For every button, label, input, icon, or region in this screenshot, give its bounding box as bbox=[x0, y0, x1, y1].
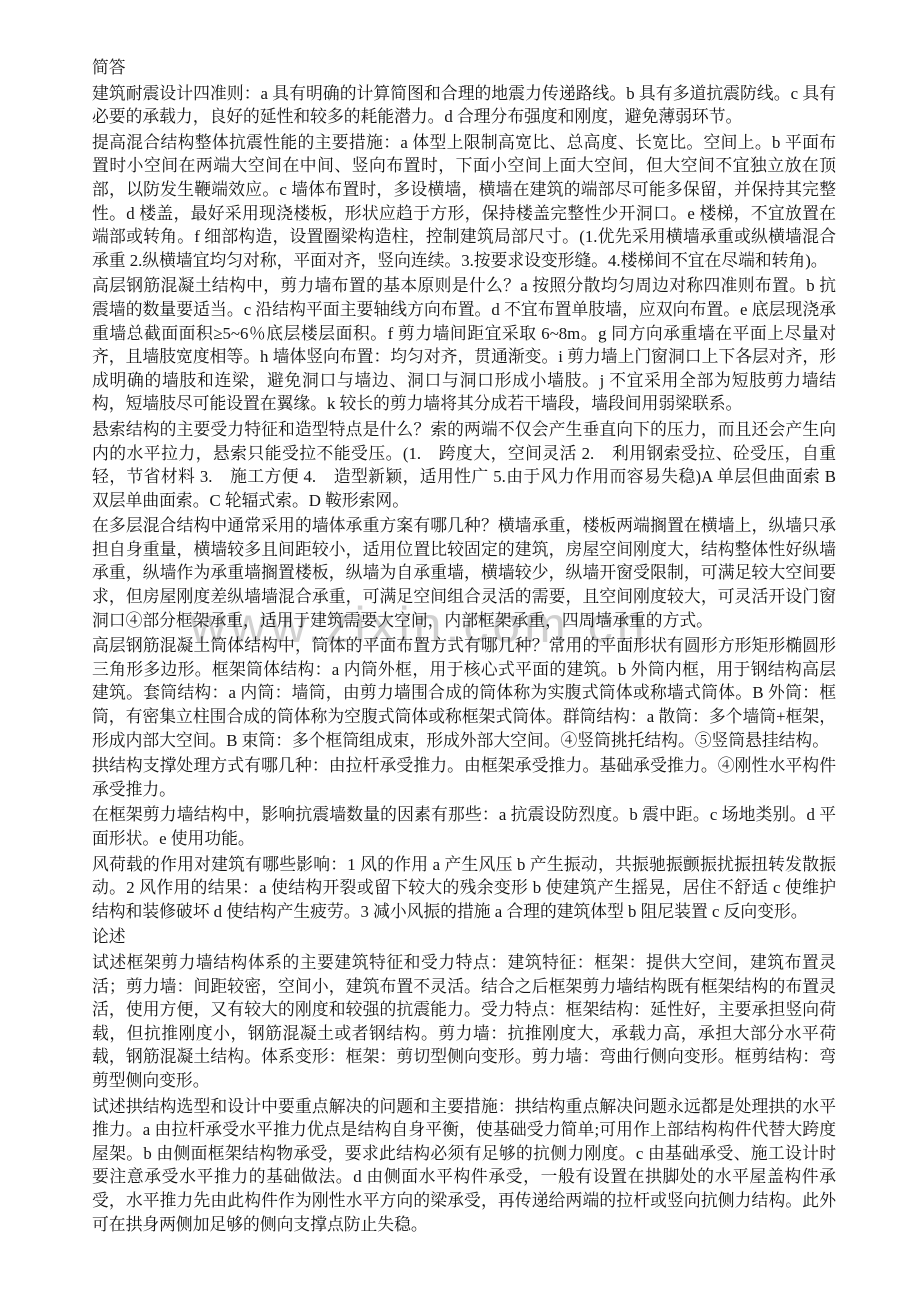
para-arch-support-methods: 拱结构支撑处理方式有哪几种：由拉杆承受推力。由框架承受推力。基础承受推力。④刚性… bbox=[92, 754, 836, 801]
document-body: 简答 建筑耐震设计四准则：a 具有明确的计算简图和合理的地震力传递路线。b 具有… bbox=[92, 56, 836, 1238]
para-shear-wall-quantity-factors: 在框架剪力墙结构中，影响抗震墙数量的因素有那些：a 抗震设防烈度。b 震中距。c… bbox=[92, 803, 836, 850]
document-page: www.zixin.com.cn 简答 建筑耐震设计四准则：a 具有明确的计算简… bbox=[0, 0, 920, 1302]
para-arch-structure-design-issues: 试述拱结构选型和设计中要重点解决的问题和主要措施：拱结构重点解决问题永远都是处理… bbox=[92, 1095, 836, 1237]
section-heading-short-answer: 简答 bbox=[92, 56, 836, 80]
para-frame-shear-wall-characteristics: 试述框架剪力墙结构体系的主要建筑特征和受力特点：建筑特征：框架：提供大空间，建筑… bbox=[92, 951, 836, 1093]
para-wall-bearing-schemes: 在多层混合结构中通常采用的墙体承重方案有哪几种？横墙承重，楼板两端搁置在横墙上，… bbox=[92, 514, 836, 632]
para-wind-load-effects: 风荷载的作用对建筑有哪些影响：1 风的作用 a 产生风压 b 产生振动，共振驰振… bbox=[92, 853, 836, 924]
section-heading-essay: 论述 bbox=[92, 925, 836, 949]
para-suspension-cable-structure: 悬索结构的主要受力特征和造型特点是什么？索的两端不仅会产生垂直向下的压力，而且还… bbox=[92, 418, 836, 512]
para-shear-wall-layout-principles: 高层钢筋混凝土结构中，剪力墙布置的基本原则是什么？a 按照分散均匀周边对称四准则… bbox=[92, 274, 836, 416]
para-seismic-design-four-principles: 建筑耐震设计四准则：a 具有明确的计算简图和合理的地震力传递路线。b 具有多道抗… bbox=[92, 82, 836, 129]
para-mixed-structure-seismic-measures: 提高混合结构整体抗震性能的主要措施：a 体型上限制高宽比、总高度、长宽比。空间上… bbox=[92, 131, 836, 273]
para-tube-structure-plans: 高层钢筋混凝土筒体结构中，筒体的平面布置方式有哪几种？常用的平面形状有圆形方形矩… bbox=[92, 634, 836, 752]
